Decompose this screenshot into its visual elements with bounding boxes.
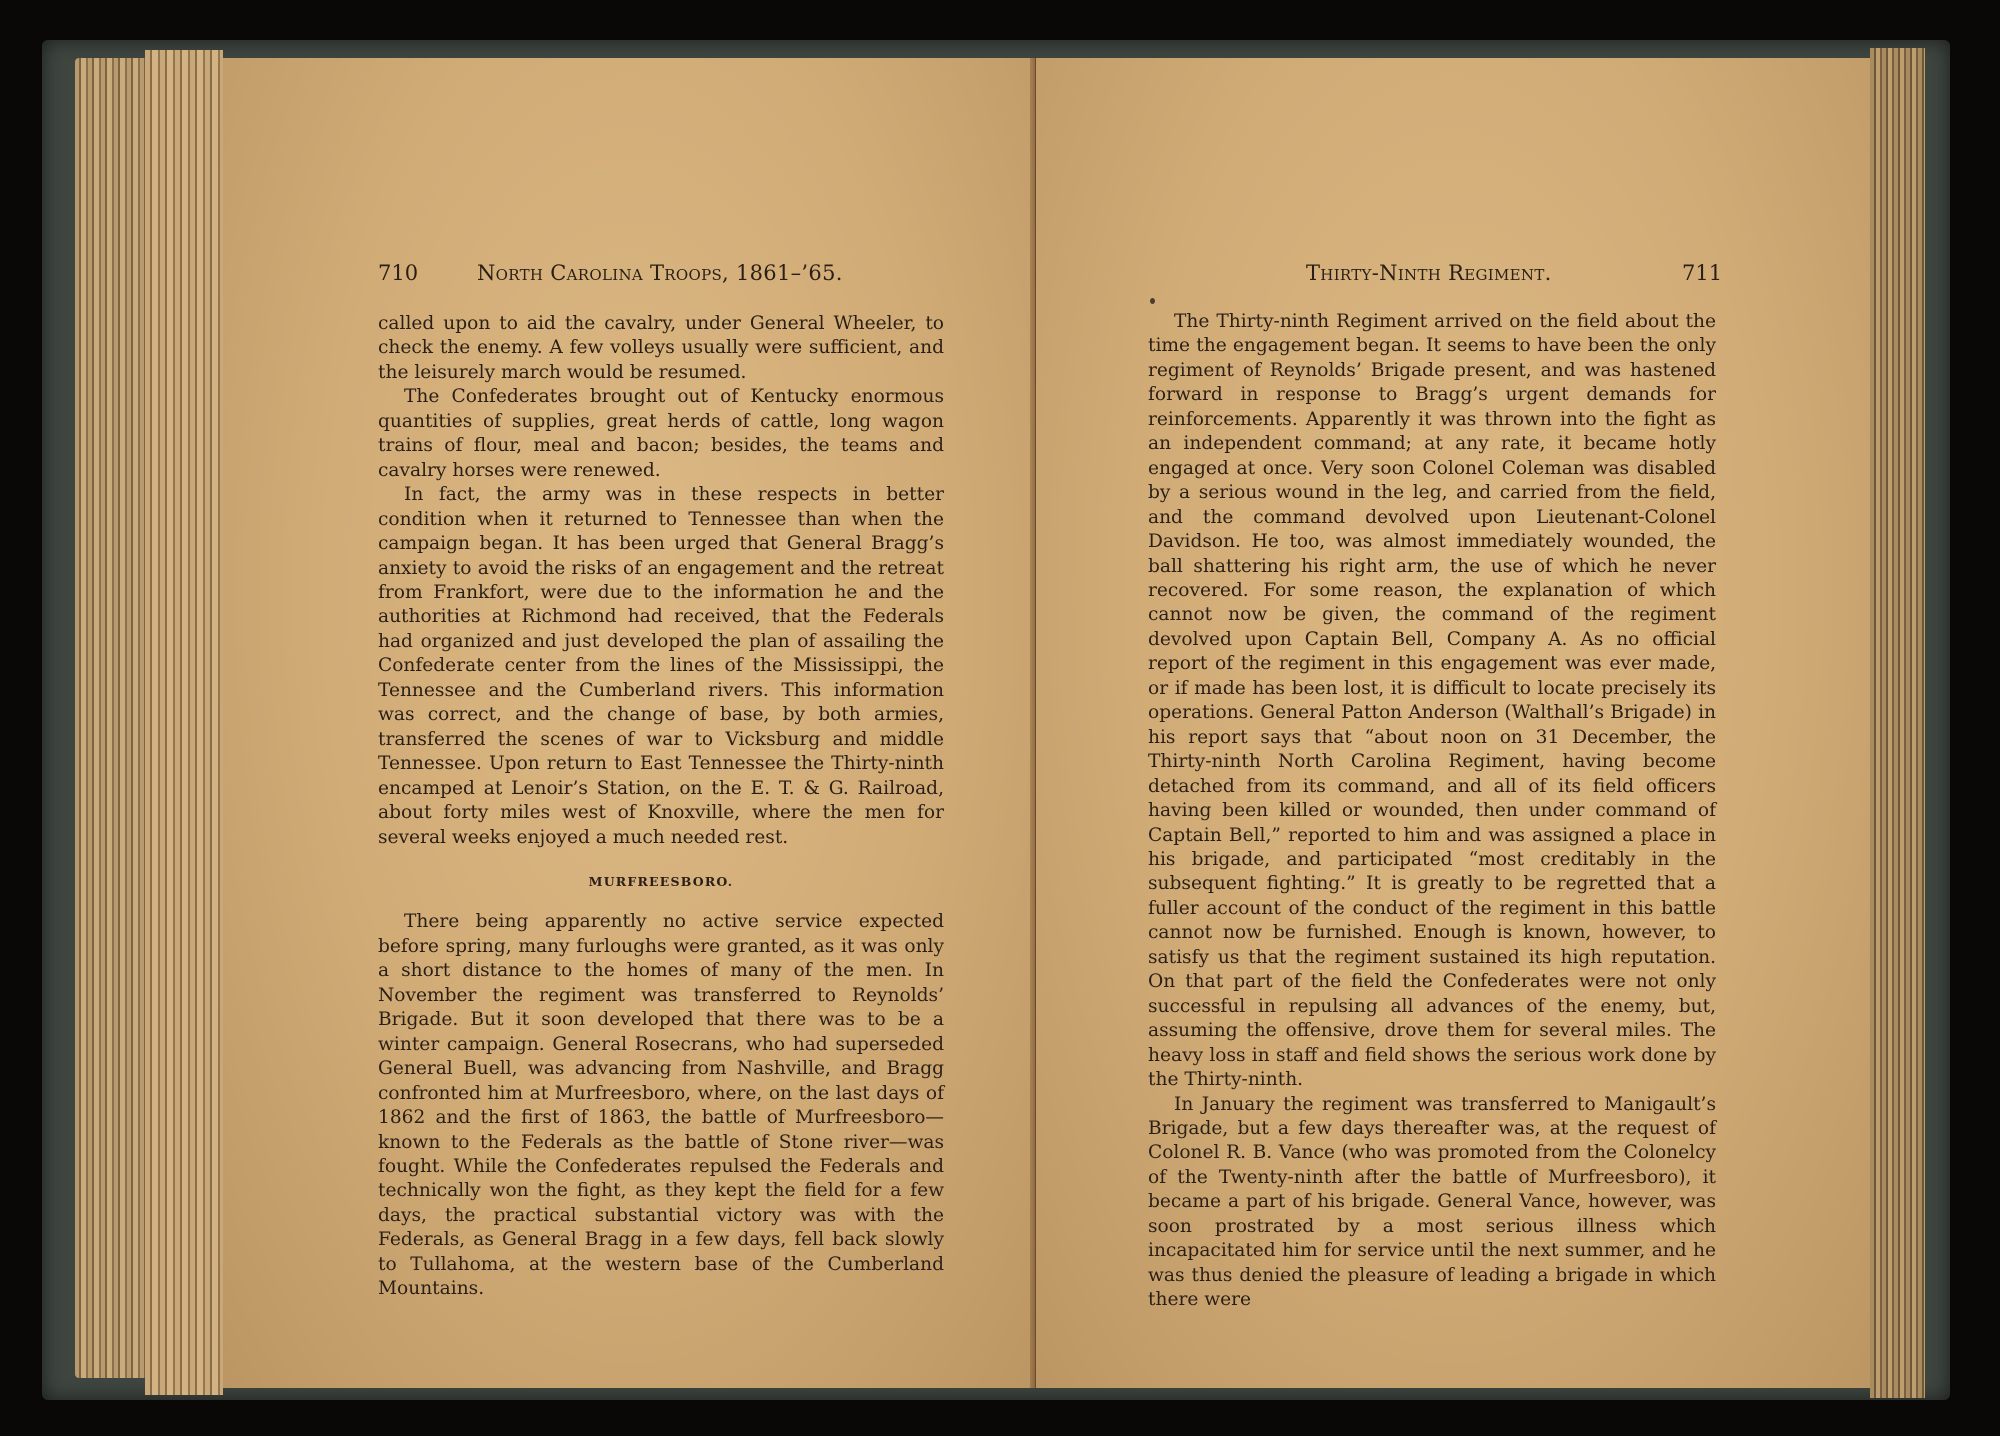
paragraph: The Thirty-ninth Regiment arrived on the… — [1148, 310, 1716, 1093]
right-page: Thirty-Ninth Regiment. 711 The Thirty-ni… — [1036, 58, 1870, 1388]
paragraph: The Confederates brought out of Kentucky… — [378, 385, 944, 483]
running-head: North Carolina Troops, 1861–’65. — [477, 261, 843, 285]
body-text: called upon to aid the cavalry, under Ge… — [378, 312, 944, 1302]
page-stack-left-inner — [145, 50, 223, 1395]
page-number: 710 — [378, 261, 418, 285]
page-number: 711 — [1682, 261, 1722, 285]
paragraph: In January the regiment was transferred … — [1148, 1093, 1716, 1313]
left-page: 710 North Carolina Troops, 1861–’65. cal… — [223, 58, 1036, 1388]
paragraph: called upon to aid the cavalry, under Ge… — [378, 312, 944, 385]
section-heading: MURFREESBORO. — [378, 870, 944, 894]
paragraph: In fact, the army was in these respects … — [378, 483, 944, 850]
paragraph: There being apparently no active service… — [378, 910, 944, 1301]
ink-spot — [1150, 298, 1155, 304]
running-head: Thirty-Ninth Regiment. — [1306, 261, 1552, 285]
page-stack-right — [1870, 48, 1925, 1398]
body-text: The Thirty-ninth Regiment arrived on the… — [1148, 310, 1716, 1313]
page-stack-left-outer — [75, 58, 145, 1378]
